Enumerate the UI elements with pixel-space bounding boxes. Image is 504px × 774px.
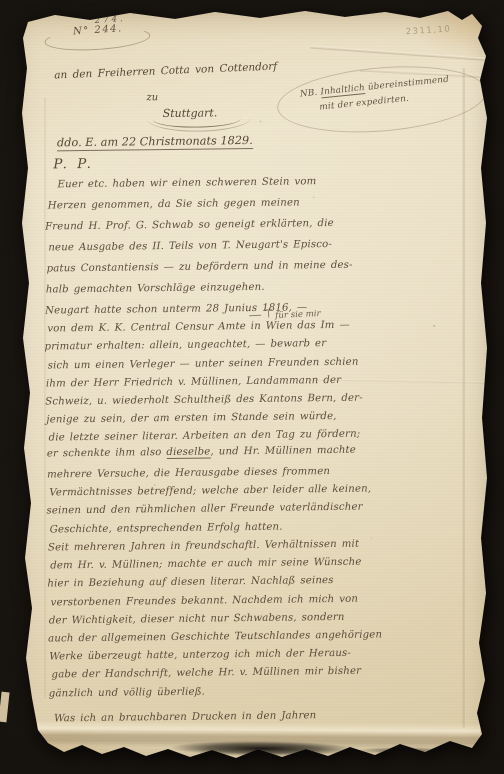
- photo-backdrop: 274. N° 244. 2311,10 NB. Inhaltlich über…: [0, 0, 504, 774]
- pencil-foliation-number: 2311,10: [405, 24, 451, 37]
- manuscript-line: sich um einen Verleger — unter seinen Fr…: [48, 353, 366, 375]
- line-post: , und Hr. Müllinen machte: [210, 445, 356, 458]
- dateline: ddo. E. am 22 Christmonats 1829.: [57, 134, 253, 149]
- paragraph-1: Euer etc. haben wir einen schweren Stein…: [45, 171, 353, 301]
- dateline-text: ddo. E. am 22 Christmonats 1829.: [57, 134, 253, 151]
- paragraph-2-continued: mehrere Versuche, die Herausgabe dieses …: [47, 463, 370, 540]
- paragraph-3: Seit mehreren Jahren in freundschaftl. V…: [48, 535, 384, 703]
- salutation: P. P.: [53, 156, 94, 172]
- manuscript-line: neue Ausgabe des II. Teils von T. Neugar…: [48, 234, 354, 259]
- registry-note: NB. Inhaltlich übereinstimmend mit der e…: [290, 75, 451, 116]
- address-zu: zu: [146, 92, 158, 103]
- manuscript-line-with-underline: er schenkte ihm also dieselbe, und Hr. M…: [47, 445, 356, 460]
- manuscript-line: Was ich an brauchbaren Drucken in den Ja…: [54, 708, 317, 727]
- underlined-word: dieselbe: [166, 447, 210, 460]
- insertion-note-text: für sie mir: [275, 309, 321, 321]
- address-city: Stuttgart.: [163, 106, 218, 120]
- manuscript-line: halb gemachten Vorschläge einzugehen.: [46, 276, 352, 301]
- manuscript-page: 274. N° 244. 2311,10 NB. Inhaltlich über…: [10, 8, 492, 765]
- insertion-caret-icon: [265, 309, 272, 318]
- insertion-dash: [249, 315, 261, 317]
- manuscript-content: 274. N° 244. 2311,10 NB. Inhaltlich über…: [5, 5, 496, 768]
- manuscript-line: Schweiz, u. wiederholt Schultheiß des Ka…: [45, 390, 363, 412]
- archival-number: 274. N° 244.: [45, 13, 150, 40]
- paper-shadow-wrap: 274. N° 244. 2311,10 NB. Inhaltlich über…: [0, 0, 504, 774]
- paragraph-2: Neugart hatte schon unterm 28 Junius 181…: [45, 299, 364, 448]
- paragraph-4: Was ich an brauchbaren Drucken in den Ja…: [54, 708, 317, 727]
- city-underline-flourish-2: [147, 104, 251, 132]
- registry-note-flourish: [275, 59, 490, 140]
- line-pre: er schenkte ihm also: [47, 447, 167, 459]
- manuscript-line: gänzlich und völlig überließ.: [49, 681, 383, 703]
- address-recipient: an den Freiherren Cotta von Cottendorf: [54, 61, 277, 82]
